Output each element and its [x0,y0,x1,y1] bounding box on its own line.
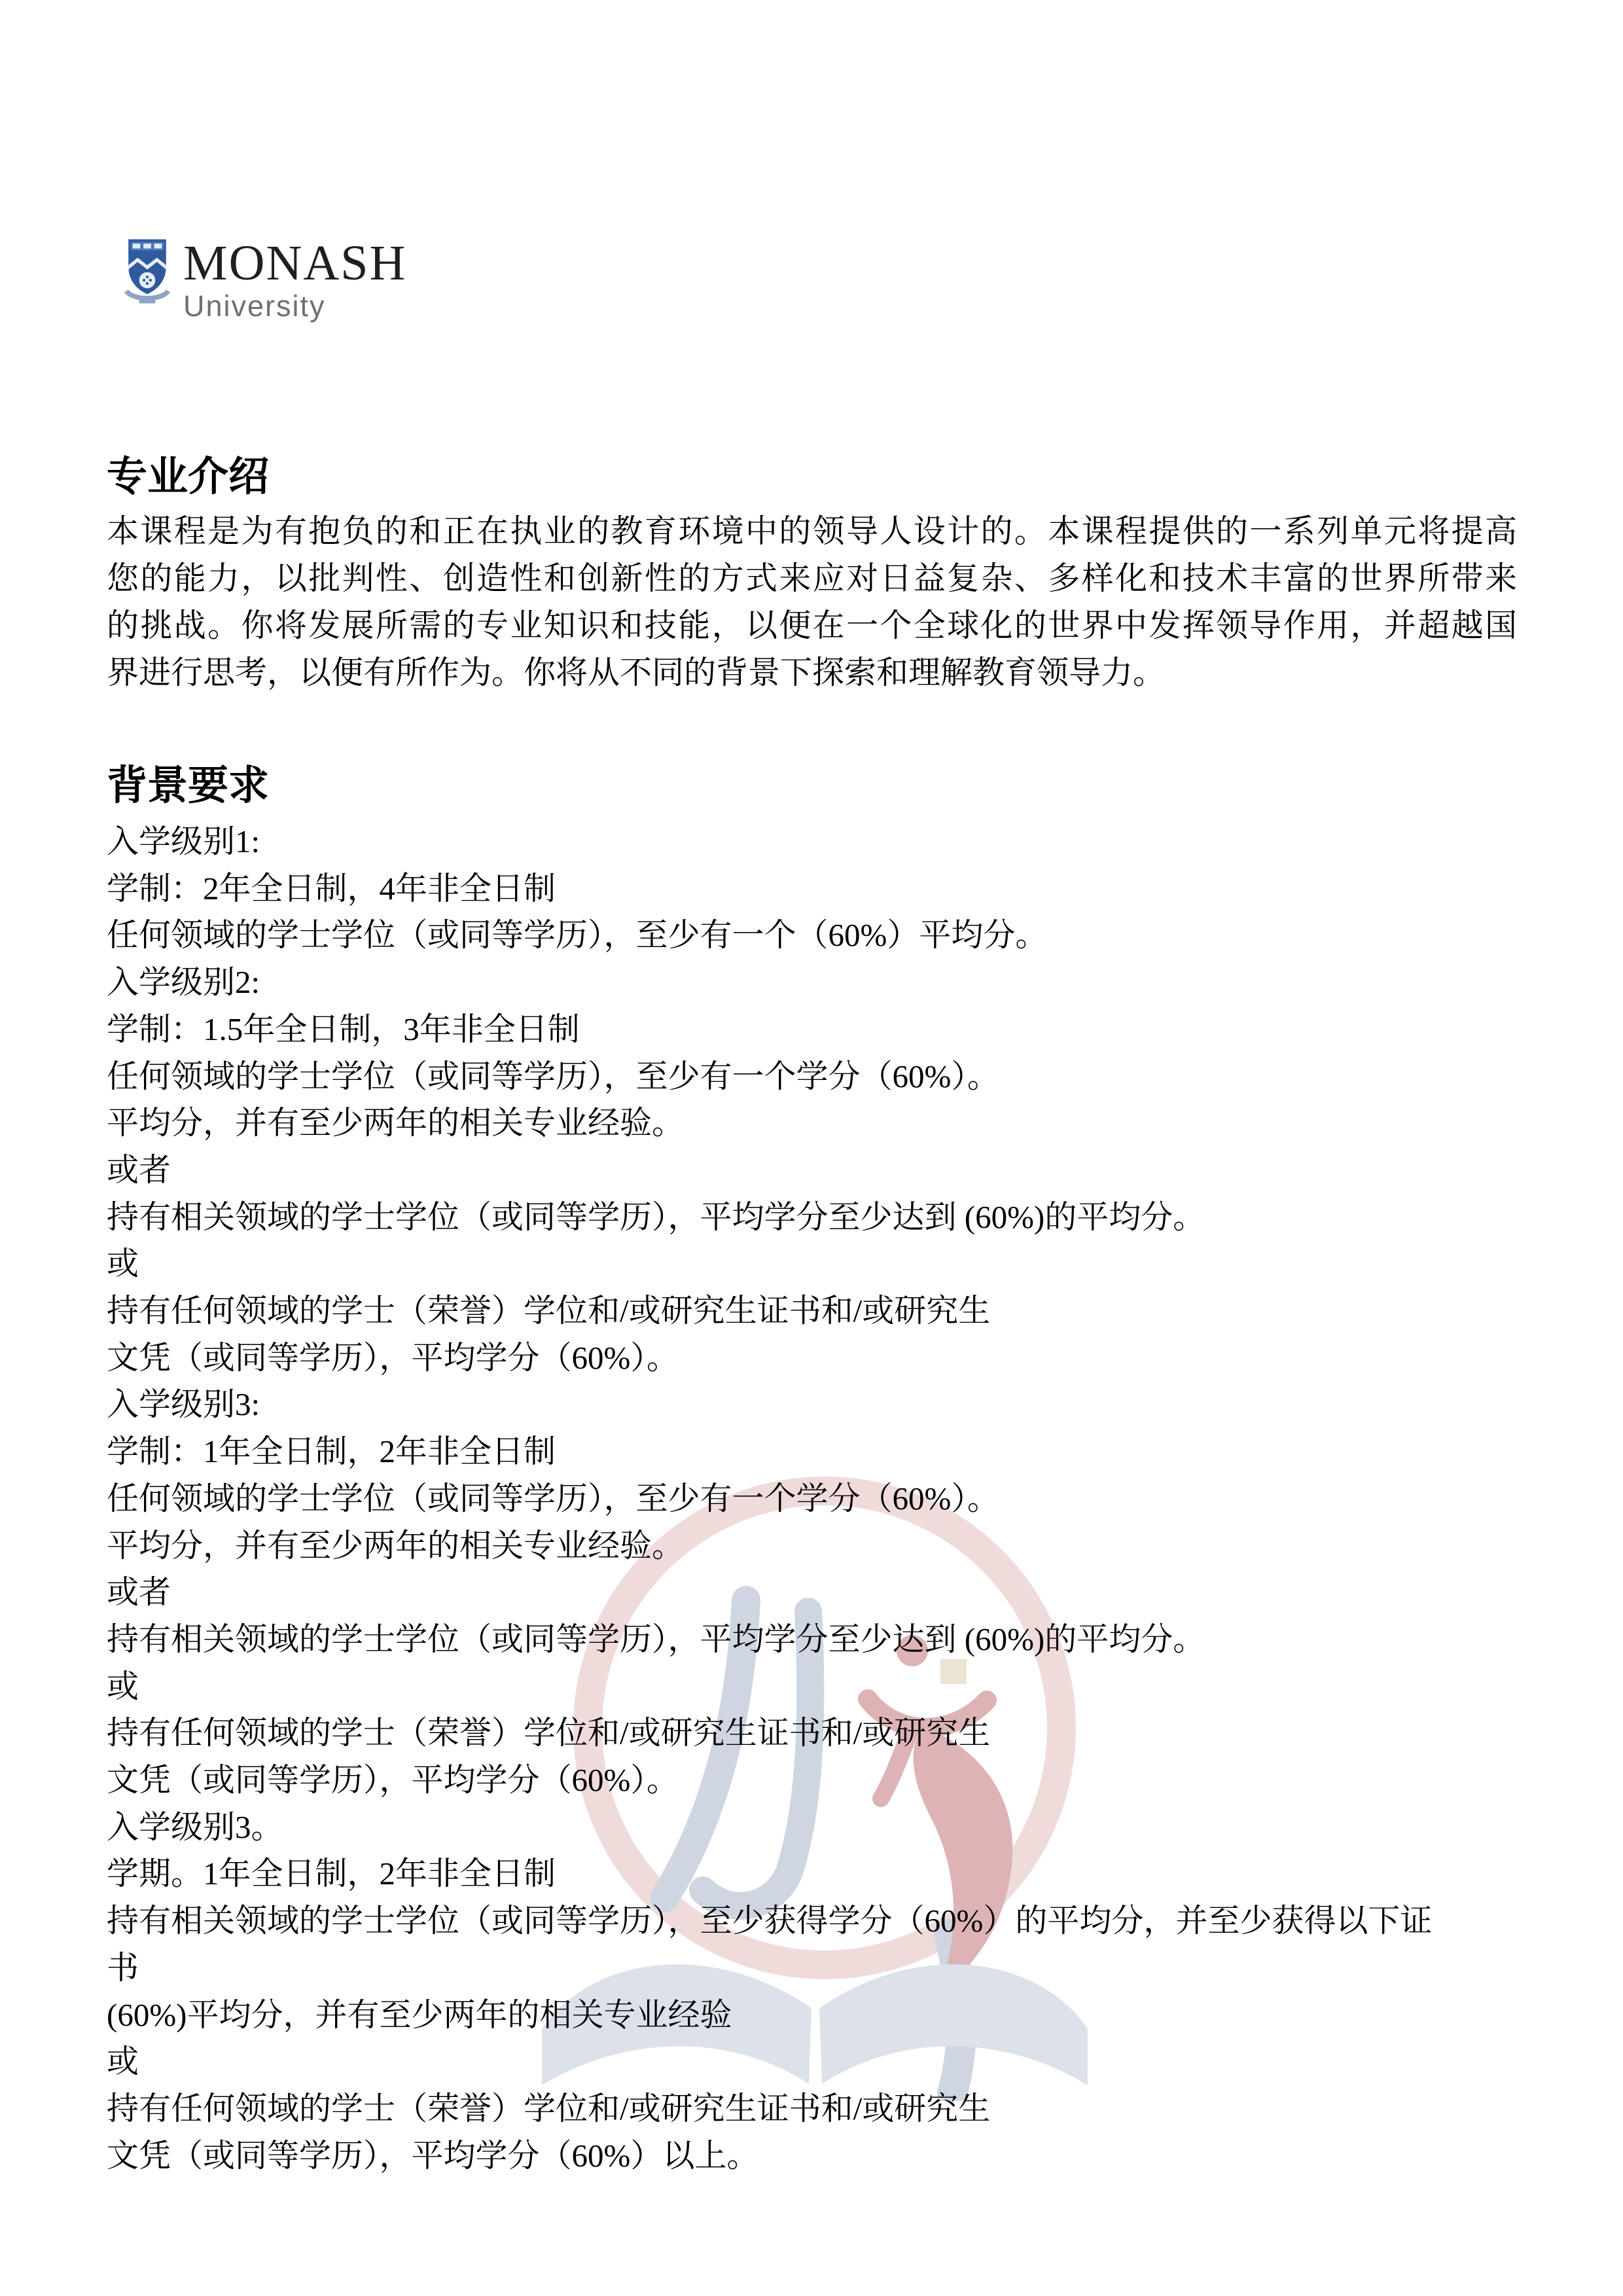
requirement-line: 文凭（或同等学历），平均学分（60%）。 [107,1757,1599,1804]
logo-subtitle: University [183,291,406,322]
requirement-line: 入学级别3。 [107,1804,1599,1851]
requirement-line: 持有任何领域的学士（荣誉）学位和/或研究生证书和/或研究生 [107,2085,1599,2132]
paragraph-line: 本课程是为有抱负的和正在执业的教育环境中的领导人设计的。本课程提供的一系列单元将… [107,508,1517,555]
intro-paragraph: 本课程是为有抱负的和正在执业的教育环境中的领导人设计的。本课程提供的一系列单元将… [107,508,1517,696]
requirement-line: 或 [107,1663,1599,1710]
requirement-line: 学制：1.5年全日制，3年非全日制 [107,1006,1599,1053]
requirement-line: 任何领域的学士学位（或同等学历），至少有一个学分（60%）。 [107,1053,1599,1100]
requirement-line: 入学级别1: [107,818,1599,865]
monash-logo: MONASH University [123,237,406,322]
requirement-line: 或 [107,1240,1599,1287]
requirement-line: (60%)平均分，并有至少两年的相关专业经验 [107,1992,1599,2039]
requirement-line: 学期。1年全日制，2年非全日制 [107,1850,1599,1897]
requirement-line: 或者 [107,1147,1599,1194]
monash-logo-text: MONASH University [183,237,406,322]
paragraph-line: 界进行思考，以便有所作为。你将从不同的背景下探索和理解教育领导力。 [107,649,1517,696]
paragraph-line: 的挑战。你将发展所需的专业知识和技能，以便在一个全球化的世界中发挥领导作用，并超… [107,602,1517,649]
requirement-line: 学制：1年全日制，2年非全日制 [107,1428,1599,1475]
document-page: MONASH University 专业介绍 本课程是为有抱负的和正在执业的教育… [0,0,1623,2296]
requirement-line: 文凭（或同等学历），平均学分（60%）以上。 [107,2132,1599,2179]
requirement-line: 持有任何领域的学士（荣誉）学位和/或研究生证书和/或研究生 [107,1287,1599,1335]
requirement-line: 持有相关领域的学士学位（或同等学历），平均学分至少达到 (60%)的平均分。 [107,1616,1599,1663]
requirement-line: 或者 [107,1569,1599,1616]
requirement-line: 文凭（或同等学历），平均学分（60%）。 [107,1335,1599,1382]
requirement-line: 书 [107,1945,1599,1992]
paragraph-line: 您的能力，以批判性、创造性和创新性的方式来应对日益复杂、多样化和技术丰富的世界所… [107,555,1517,602]
requirement-line: 或 [107,2038,1599,2085]
requirement-line: 入学级别3: [107,1381,1599,1428]
requirement-line: 入学级别2: [107,959,1599,1006]
requirements-list: 入学级别1: 学制：2年全日制，4年非全日制 任何领域的学士学位（或同等学历），… [107,818,1599,2179]
requirement-line: 持有相关领域的学士学位（或同等学历），至少获得学分（60%）的平均分，并至少获得… [107,1897,1599,1945]
requirement-line: 学制：2年全日制，4年非全日制 [107,865,1599,912]
requirements-heading: 背景要求 [107,763,269,809]
intro-heading: 专业介绍 [107,454,269,500]
requirement-line: 平均分，并有至少两年的相关专业经验。 [107,1522,1599,1570]
requirement-line: 平均分，并有至少两年的相关专业经验。 [107,1100,1599,1147]
monash-shield-icon [123,237,171,306]
requirement-line: 持有任何领域的学士（荣誉）学位和/或研究生证书和/或研究生 [107,1710,1599,1757]
requirement-line: 任何领域的学士学位（或同等学历），至少有一个学分（60%）。 [107,1475,1599,1522]
requirement-line: 任何领域的学士学位（或同等学历），至少有一个（60%）平均分。 [107,912,1599,959]
requirement-line: 持有相关领域的学士学位（或同等学历），平均学分至少达到 (60%)的平均分。 [107,1194,1599,1241]
logo-title: MONASH [183,237,406,289]
